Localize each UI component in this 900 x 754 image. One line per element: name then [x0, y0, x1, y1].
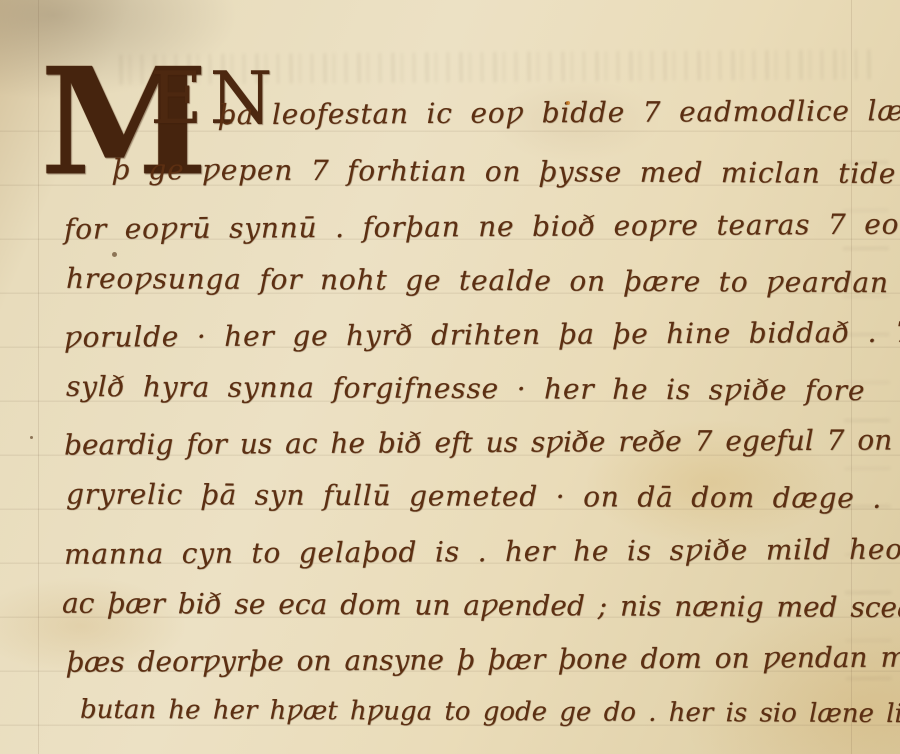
- manuscript-line-11: þæs deorƿyrþe on ansyne þ þær þone dom o…: [66, 640, 900, 679]
- orange-fleck: [566, 101, 570, 105]
- ink-speck: [30, 436, 33, 439]
- manuscript-line-8: gryrelic þā syn fullū gemeted · on dā do…: [66, 477, 900, 515]
- manuscript-line-3: for eoƿrū synnū . forþan ne bioð eoƿre t…: [64, 207, 900, 245]
- left-bounding-line: [38, 0, 39, 754]
- manuscript-line-2: þ ge ƿepen 7 forhtian on þysse med micla…: [112, 153, 896, 190]
- manuscript-line-5: ƿorulde · her ge hyrð drihten þa þe hine…: [64, 315, 900, 354]
- manuscript-line-7: beardig for us ac he bið eft us sƿiðe re…: [64, 423, 892, 461]
- manuscript-line-1: þa leofestan ic eoƿ bidde 7 eadmodlice l…: [218, 94, 900, 132]
- manuscript-line-4: hreoƿsunga for noht ge tealde on þære to…: [66, 262, 889, 299]
- punctus-dot: [112, 252, 117, 257]
- manuscript-line-12: butan he her hƿæt hƿuga to gode ge do . …: [80, 695, 900, 729]
- manuscript-line-9: manna cyn to gelaþod is . her he is sƿið…: [64, 532, 900, 570]
- manuscript-page: M EN þa leofestan ic eoƿ bidde 7 eadmodl…: [0, 0, 900, 754]
- manuscript-line-10: ac þær bið se eca dom un aƿended ; nis n…: [62, 587, 900, 625]
- manuscript-line-6: sylð hyra synna forgifnesse · her he is …: [66, 370, 865, 407]
